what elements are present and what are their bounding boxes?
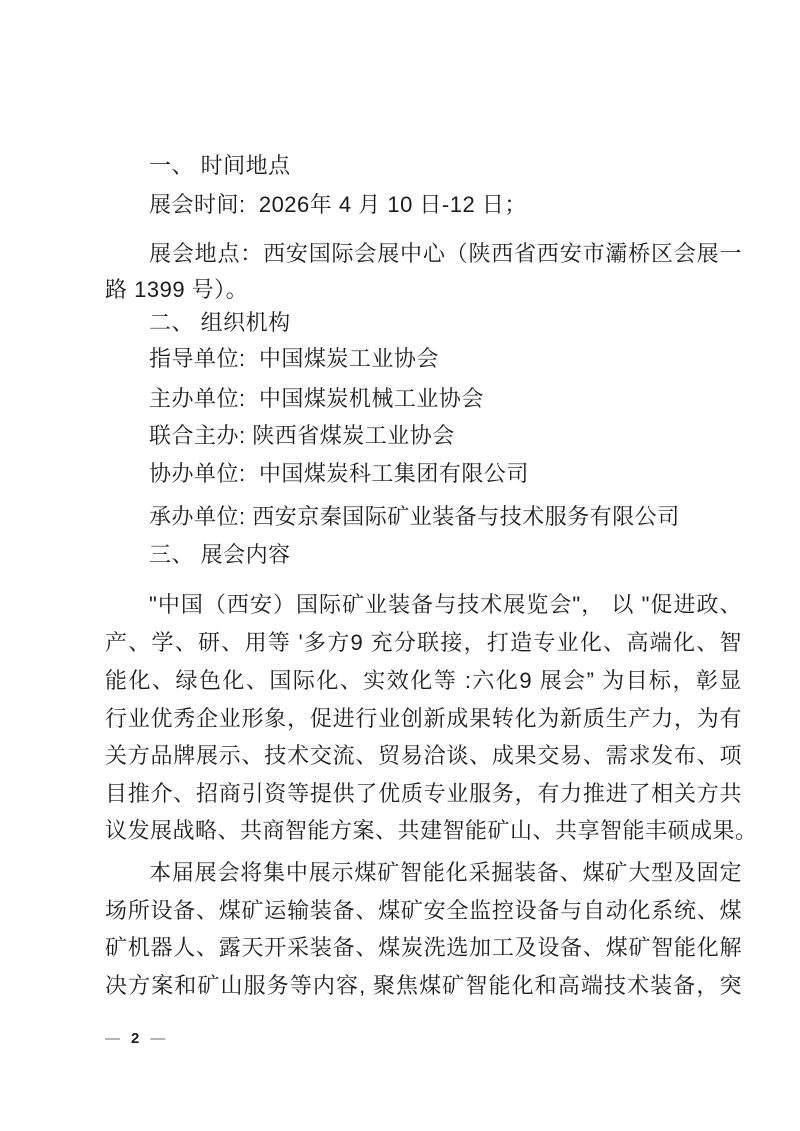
paragraph-1-line-7: 议发展战略、共商智能方案、共建智能矿山、共享智能丰硕成果。 bbox=[105, 816, 742, 846]
paragraph-1-line-2: 产、学、研、用等 '多方9 充分联接，打造专业化、高端化、智 bbox=[105, 628, 742, 658]
paragraph-2-line-2: 场所设备、煤矿运输装备、煤矿安全监控设备与自动化系统、煤 bbox=[105, 896, 742, 926]
document-page: 一、 时间地点 展会时间: 2026年 4 月 10 日-12 日； 展会地点：… bbox=[0, 0, 800, 1131]
text-line-cohost-unit: 联合主办: 陕西省煤炭工业协会 bbox=[105, 421, 742, 451]
text-line-undertaker-unit: 承办单位: 西安京秦国际矿业装备与技术服务有限公司 bbox=[105, 502, 742, 532]
text-line-exhibition-time: 展会时间: 2026年 4 月 10 日-12 日； bbox=[105, 190, 742, 220]
footer-right-dash: — bbox=[150, 1030, 165, 1047]
text-line-host-unit: 主办单位: 中国煤炭机械工业协会 bbox=[105, 384, 742, 414]
paragraph-2-line-1: 本届展会将集中展示煤矿智能化采掘装备、煤矿大型及固定 bbox=[105, 858, 742, 888]
text-line-guidance-unit: 指导单位: 中国煤炭工业协会 bbox=[105, 344, 742, 374]
section-heading-time-place: 一、 时间地点 bbox=[105, 151, 742, 181]
paragraph-1-line-3: 能化、绿色化、国际化、实效化等 :六化9 展会” 为目标，彰显 bbox=[105, 666, 742, 696]
paragraph-1-line-4: 行业优秀企业形象，促进行业创新成果转化为新质生产力，为有 bbox=[105, 704, 742, 734]
paragraph-2-line-3: 矿机器人、露天开采装备、煤炭洗选加工及设备、煤矿智能化解 bbox=[105, 933, 742, 963]
text-line-assist-unit: 协办单位: 中国煤炭科工集团有限公司 bbox=[105, 459, 742, 489]
section-heading-content: 三、 展会内容 bbox=[105, 540, 742, 570]
paragraph-1-line-5: 关方品牌展示、技术交流、贸易洽谈、成果交易、需求发布、项 bbox=[105, 741, 742, 771]
section-heading-organizers: 二、 组织机构 bbox=[105, 308, 742, 338]
page-number: 2 bbox=[131, 1030, 139, 1047]
paragraph-1-line-6: 目推介、招商引资等提供了优质专业服务，有力推进了相关方共 bbox=[105, 779, 742, 809]
footer-left-dash: — bbox=[105, 1030, 120, 1047]
page-footer: — 2 — bbox=[105, 1030, 165, 1047]
paragraph-2-line-4: 决方案和矿山服务等内容, 聚焦煤矿智能化和高端技术装备，突 bbox=[105, 971, 742, 1001]
paragraph-1-line-1: "中国（西安）国际矿业装备与技术展览会"， 以 "促进政、 bbox=[105, 590, 742, 620]
text-line-exhibition-place: 展会地点：西安国际会展中心（陕西省西安市灞桥区会展一 bbox=[105, 239, 742, 269]
text-line-address-cont: 路 1399 号）。 bbox=[105, 275, 742, 305]
